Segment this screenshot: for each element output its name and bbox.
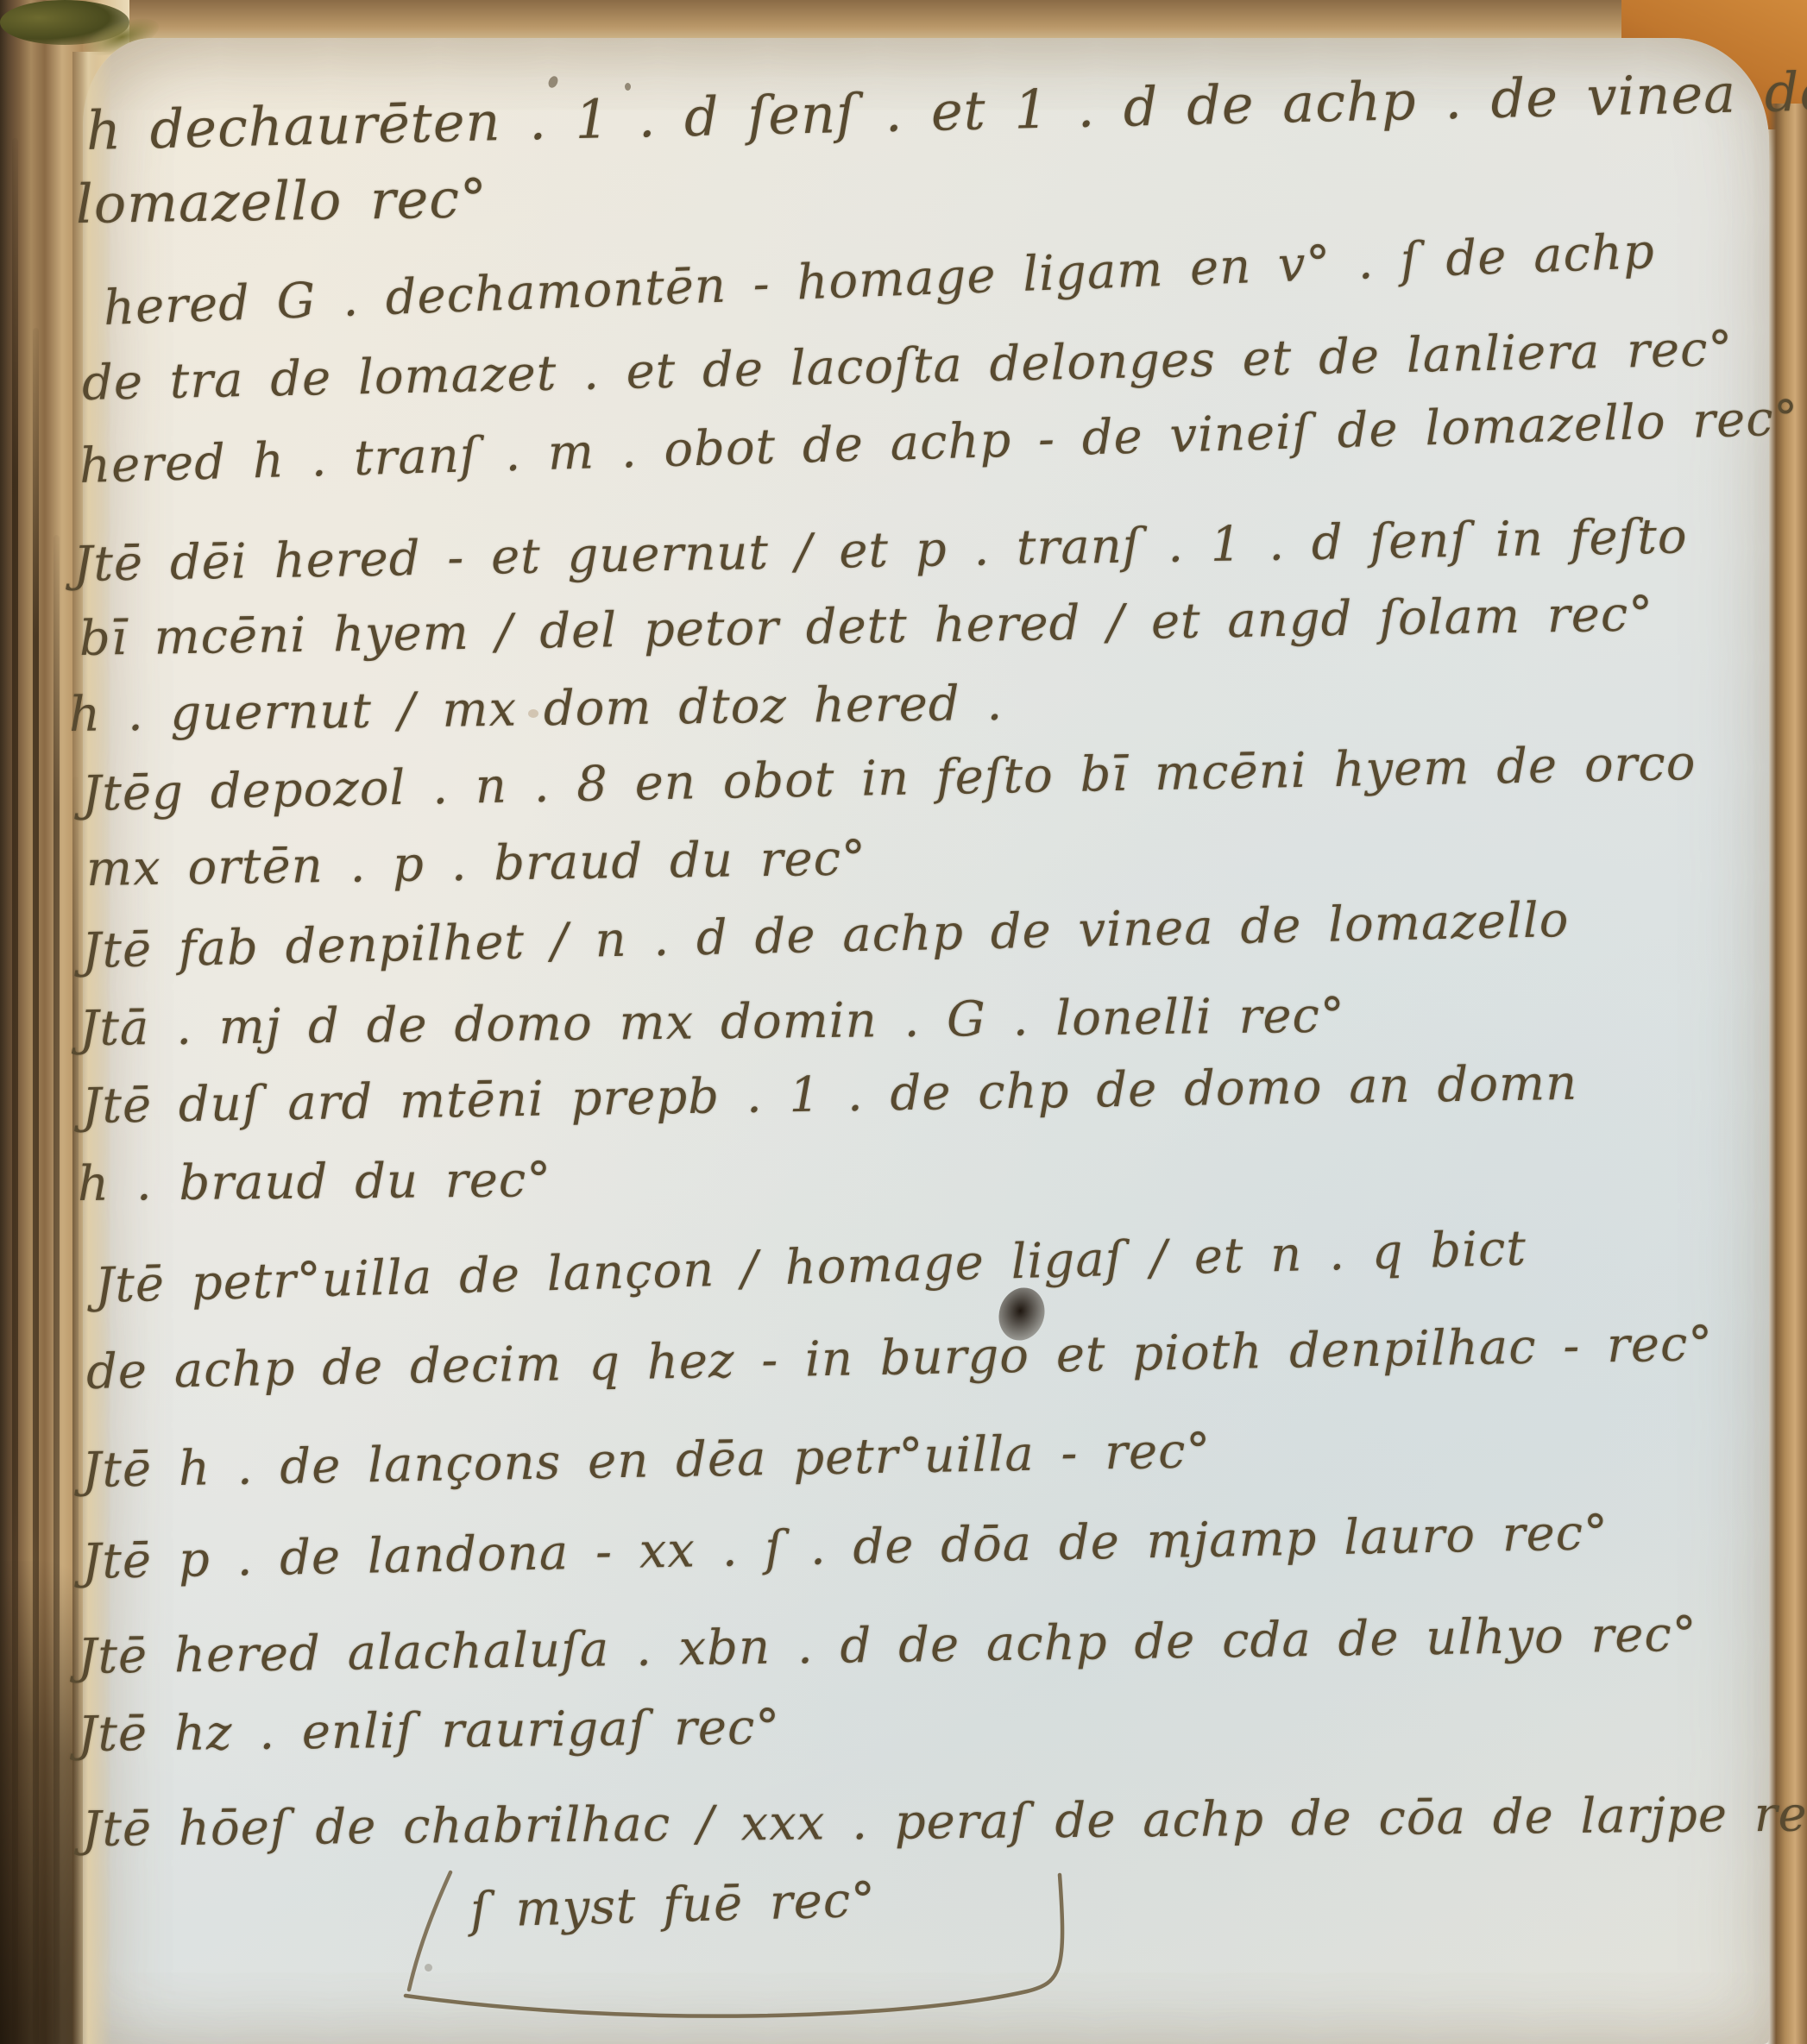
ink-speck [625, 83, 631, 91]
paper-stain [528, 709, 538, 718]
flourish-underline [371, 1827, 1148, 2043]
manuscript-line-20: Jtē hz . enliſ raurigaſ rec° [78, 1699, 781, 1763]
manuscript-line-10: mx ortēn . p . braud du rec° [86, 830, 867, 897]
ink-speck [425, 1964, 432, 1972]
manuscript-line-2: lomazello rec° [75, 167, 488, 236]
manuscript-photo: h dechaurēten . 1 . d ſenſ . et 1 . d de… [0, 0, 1807, 2044]
manuscript-line-14: h . braud du rec° [78, 1152, 552, 1212]
